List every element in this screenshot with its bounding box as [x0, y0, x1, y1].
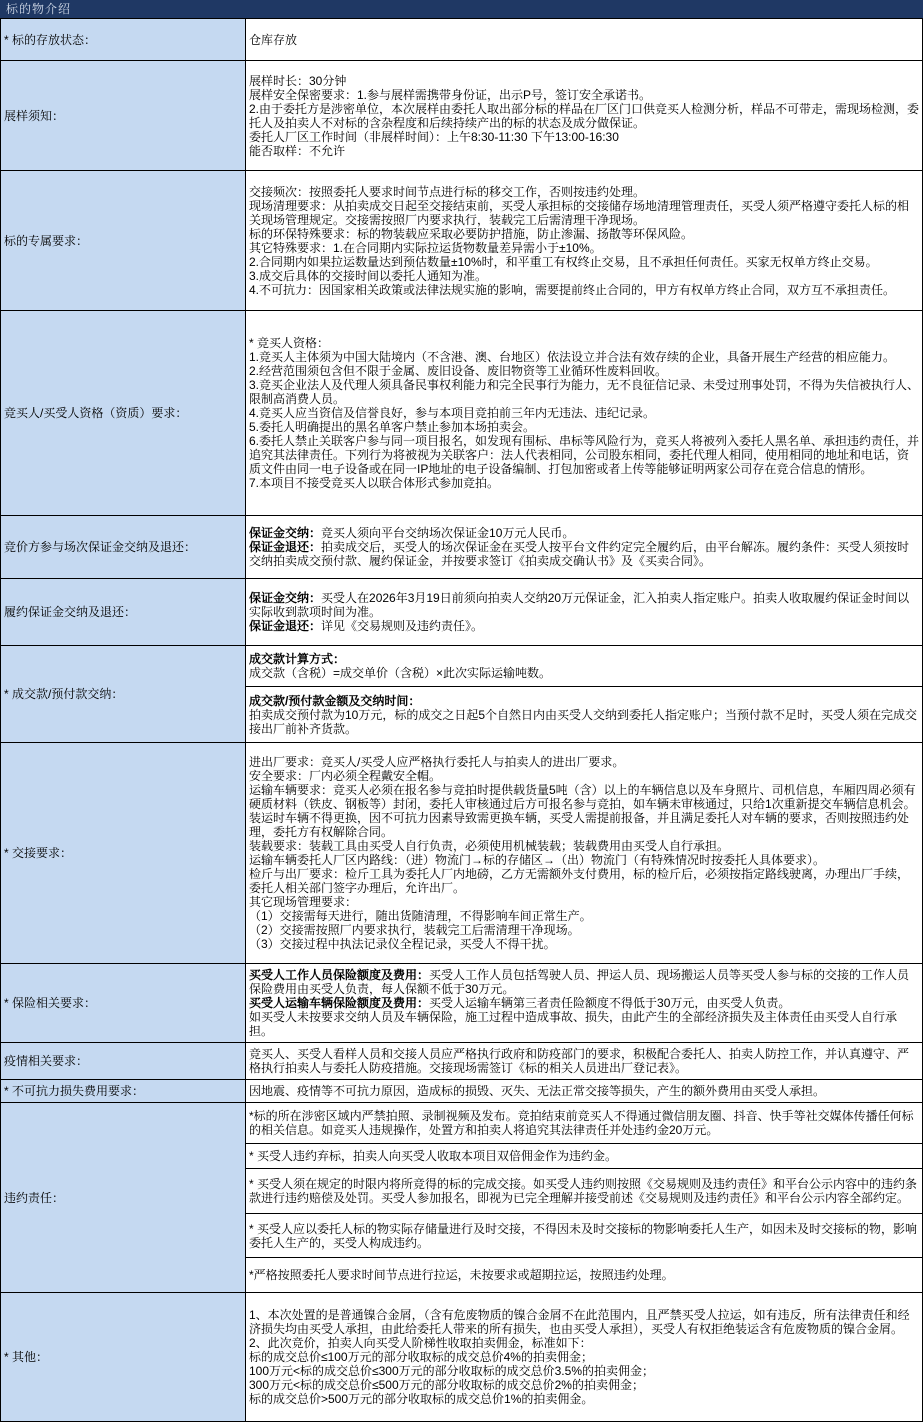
section-header: 标的物介绍 [0, 0, 923, 18]
row-value: * 竞买人资格： 1.竞买人主体须为中国大陆境内（不含港、澳、台地区）依法设立并… [246, 311, 923, 516]
row-label: 疫情相关要求： [1, 1043, 246, 1080]
value-text: *严格按照委托人要求时间节点进行拉运，未按要求或超期拉运，按照违约处理。 [249, 1268, 674, 1282]
table-row: * 不可抗力损失费用要求：因地震、疫情等不可抗力原因，造成标的损毁、灭失、无法正… [1, 1080, 923, 1103]
value-text: 因地震、疫情等不可抗力原因，造成标的损毁、灭失、无法正常交接等损失，产生的额外费… [249, 1084, 825, 1098]
row-label: * 交接要求： [1, 743, 246, 964]
row-value: 成交款/预付款金额及交纳时间： 拍卖成交预付款为10万元，标的成交之日起5个自然… [246, 687, 923, 743]
row-value: 1、本次处置的是普通镍合金屑，（含有危废物质的镍合金屑不在此范围内，且严禁买受人… [246, 1293, 923, 1422]
row-label: 竞价方参与场次保证金交纳及退还： [1, 516, 246, 579]
value-text: 进出厂要求：竞买人/买受人应严格执行委托人与拍卖人的进出厂要求。 安全要求：厂内… [249, 755, 916, 951]
value-text: * 买受人应以委托人标的物实际存储量进行及时交接，不得因未及时交接标的物影响委托… [249, 1222, 917, 1250]
value-text: 买受人在2026年3月19日前须向拍卖人交纳20万元保证金，汇入拍卖人指定账户。… [249, 591, 909, 619]
row-value: 交接频次：按照委托人要求时间节点进行标的移交工作，否则按违约处理。 现场清理要求… [246, 171, 923, 311]
row-value: 保证金交纳：竞买人须向平台交纳场次保证金10万元人民币。 保证金退还：拍卖成交后… [246, 516, 923, 579]
row-label: 违约责任： [1, 1103, 246, 1293]
value-text-bold: 成交款/预付款金额及交纳时间： [249, 694, 420, 708]
value-text-bold: 保证金退还： [249, 540, 321, 554]
row-value: 成交款计算方式： 成交款（含税）=成交单价（含税）×此次实际运输吨数。 [246, 646, 923, 687]
row-value: 因地震、疫情等不可抗力原因，造成标的损毁、灭失、无法正常交接等损失，产生的额外费… [246, 1080, 923, 1103]
value-text-bold: 保证金退还： [249, 619, 321, 633]
row-label: * 成交款/预付款交纳： [1, 646, 246, 743]
row-label: 展样须知： [1, 61, 246, 171]
row-value: * 买受人应以委托人标的物实际存储量进行及时交接，不得因未及时交接标的物影响委托… [246, 1214, 923, 1258]
value-text: 仓库存放 [249, 33, 297, 47]
value-text: * 买受人违约弃标，拍卖人向买受人收取本项目双倍佣金作为违约金。 [249, 1149, 617, 1163]
value-text: 展样时长：30分钟 展样安全保密要求：1.参与展样需携带身份证，出示P号，签订安… [249, 74, 919, 158]
row-label: 履约保证金交纳及退还： [1, 579, 246, 646]
value-text: 1、本次处置的是普通镍合金屑，（含有危废物质的镍合金屑不在此范围内，且严禁买受人… [249, 1308, 910, 1406]
row-label: * 不可抗力损失费用要求： [1, 1080, 246, 1103]
table-row: 违约责任：*标的所在涉密区域内严禁拍照、录制视频及发布。竞拍结束前竞买人不得通过… [1, 1103, 923, 1144]
table-row: * 标的存放状态：仓库存放 [1, 19, 923, 61]
table-row: 疫情相关要求：竞买人、买受人看样人员和交接人员应严格执行政府和防疫部门的要求，积… [1, 1043, 923, 1080]
table-row: * 交接要求：进出厂要求：竞买人/买受人应严格执行委托人与拍卖人的进出厂要求。 … [1, 743, 923, 964]
row-value: 展样时长：30分钟 展样安全保密要求：1.参与展样需携带身份证，出示P号，签订安… [246, 61, 923, 171]
table-row: 展样须知：展样时长：30分钟 展样安全保密要求：1.参与展样需携带身份证，出示P… [1, 61, 923, 171]
value-text-bold: 成交款计算方式： [249, 652, 345, 666]
row-label: * 保险相关要求： [1, 964, 246, 1043]
table-row: 竞价方参与场次保证金交纳及退还：保证金交纳：竞买人须向平台交纳场次保证金10万元… [1, 516, 923, 579]
row-value: 保证金交纳：买受人在2026年3月19日前须向拍卖人交纳20万元保证金，汇入拍卖… [246, 579, 923, 646]
subject-intro-table-body: * 标的存放状态：仓库存放展样须知：展样时长：30分钟 展样安全保密要求：1.参… [1, 19, 923, 1422]
value-text: * 竞买人资格： 1.竞买人主体须为中国大陆境内（不含港、澳、台地区）依法设立并… [249, 336, 919, 490]
value-text: 拍卖成交后，买受人的场次保证金在买受人按平台文件约定完全履约后，由平台解冻。履约… [249, 540, 909, 568]
value-text-bold: 保证金交纳： [249, 526, 321, 540]
row-label: * 其他： [1, 1293, 246, 1422]
row-value: *严格按照委托人要求时间节点进行拉运，未按要求或超期拉运，按照违约处理。 [246, 1258, 923, 1293]
row-value: *标的所在涉密区域内严禁拍照、录制视频及发布。竞拍结束前竞买人不得通过微信朋友圈… [246, 1103, 923, 1144]
table-row: 竞买人/买受人资格（资质）要求：* 竞买人资格： 1.竞买人主体须为中国大陆境内… [1, 311, 923, 516]
table-row: 履约保证金交纳及退还：保证金交纳：买受人在2026年3月19日前须向拍卖人交纳2… [1, 579, 923, 646]
row-label: * 标的存放状态： [1, 19, 246, 61]
table-row: * 其他：1、本次处置的是普通镍合金屑，（含有危废物质的镍合金屑不在此范围内，且… [1, 1293, 923, 1422]
value-text-bold: 买受人工作人员保险额度及费用： [249, 968, 429, 982]
value-text: * 买受人须在规定的时限内将所竞得的标的完成交接。如买受人违约则按照《交易规则及… [249, 1177, 917, 1205]
value-text-bold: 买受人运输车辆保险额度及费用： [249, 996, 429, 1010]
subject-intro-table: * 标的存放状态：仓库存放展样须知：展样时长：30分钟 展样安全保密要求：1.参… [0, 18, 923, 1422]
row-value: 仓库存放 [246, 19, 923, 61]
table-row: * 成交款/预付款交纳：成交款计算方式： 成交款（含税）=成交单价（含税）×此次… [1, 646, 923, 687]
value-text: 竞买人须向平台交纳场次保证金10万元人民币。 [321, 526, 574, 540]
value-text: 拍卖成交预付款为10万元，标的成交之日起5个自然日内由买受人交纳到委托人指定账户… [249, 708, 917, 736]
row-value: * 买受人须在规定的时限内将所竞得的标的完成交接。如买受人违约则按照《交易规则及… [246, 1169, 923, 1214]
row-value: 进出厂要求：竞买人/买受人应严格执行委托人与拍卖人的进出厂要求。 安全要求：厂内… [246, 743, 923, 964]
table-row: * 保险相关要求：买受人工作人员保险额度及费用：买受人工作人员包括驾驶人员、押运… [1, 964, 923, 1043]
row-label: 标的专属要求： [1, 171, 246, 311]
section-title: 标的物介绍 [6, 2, 71, 16]
value-text: *标的所在涉密区域内严禁拍照、录制视频及发布。竞拍结束前竞买人不得通过微信朋友圈… [249, 1109, 914, 1137]
value-text: 成交款（含税）=成交单价（含税）×此次实际运输吨数。 [249, 666, 551, 680]
table-row: 标的专属要求：交接频次：按照委托人要求时间节点进行标的移交工作，否则按违约处理。… [1, 171, 923, 311]
row-value: 买受人工作人员保险额度及费用：买受人工作人员包括驾驶人员、押运人员、现场搬运人员… [246, 964, 923, 1043]
value-text-bold: 保证金交纳： [249, 591, 321, 605]
row-value: 竞买人、买受人看样人员和交接人员应严格执行政府和防疫部门的要求，积极配合委托人、… [246, 1043, 923, 1080]
row-value: * 买受人违约弃标，拍卖人向买受人收取本项目双倍佣金作为违约金。 [246, 1144, 923, 1169]
row-label: 竞买人/买受人资格（资质）要求： [1, 311, 246, 516]
value-text: 交接频次：按照委托人要求时间节点进行标的移交工作，否则按违约处理。 现场清理要求… [249, 185, 909, 297]
value-text: 竞买人、买受人看样人员和交接人员应严格执行政府和防疫部门的要求，积极配合委托人、… [249, 1047, 909, 1075]
value-text: 详见《交易规则及违约责任》。 [321, 619, 483, 633]
